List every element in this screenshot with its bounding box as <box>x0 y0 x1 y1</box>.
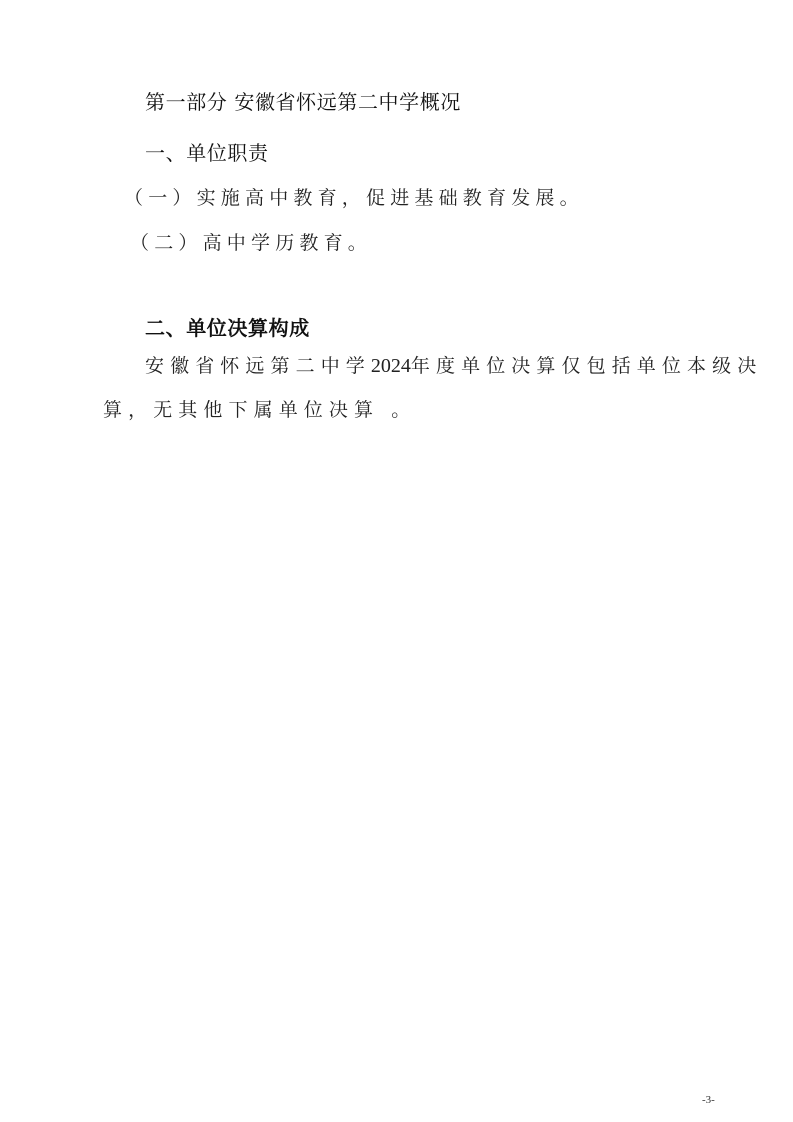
paragraph-year: 2024 <box>371 355 411 377</box>
document-page: 第一部分 安徽省怀远第二中学概况 一、单位职责 （一）实施高中教育，促进基础教育… <box>0 0 793 1122</box>
paragraph-prefix: 安徽省怀远第二中学 <box>145 355 371 377</box>
paragraph-line-2: 算，无其他下属单位决算 。 <box>103 395 416 422</box>
page-number: -3- <box>702 1094 715 1106</box>
duty-item-2: （二）高中学历教育。 <box>130 228 372 255</box>
duty-item-1: （一）实施高中教育，促进基础教育发展。 <box>124 183 584 210</box>
section-heading-unit-duties: 一、单位职责 <box>145 137 269 166</box>
paragraph-line-1: 安徽省怀远第二中学2024年度单位决算仅包括单位本级决 <box>145 351 762 378</box>
part-title: 第一部分 安徽省怀远第二中学概况 <box>145 86 461 115</box>
paragraph-suffix: 年度单位决算仅包括单位本级决 <box>411 355 762 377</box>
section-heading-budget-composition: 二、单位决算构成 <box>145 312 310 341</box>
